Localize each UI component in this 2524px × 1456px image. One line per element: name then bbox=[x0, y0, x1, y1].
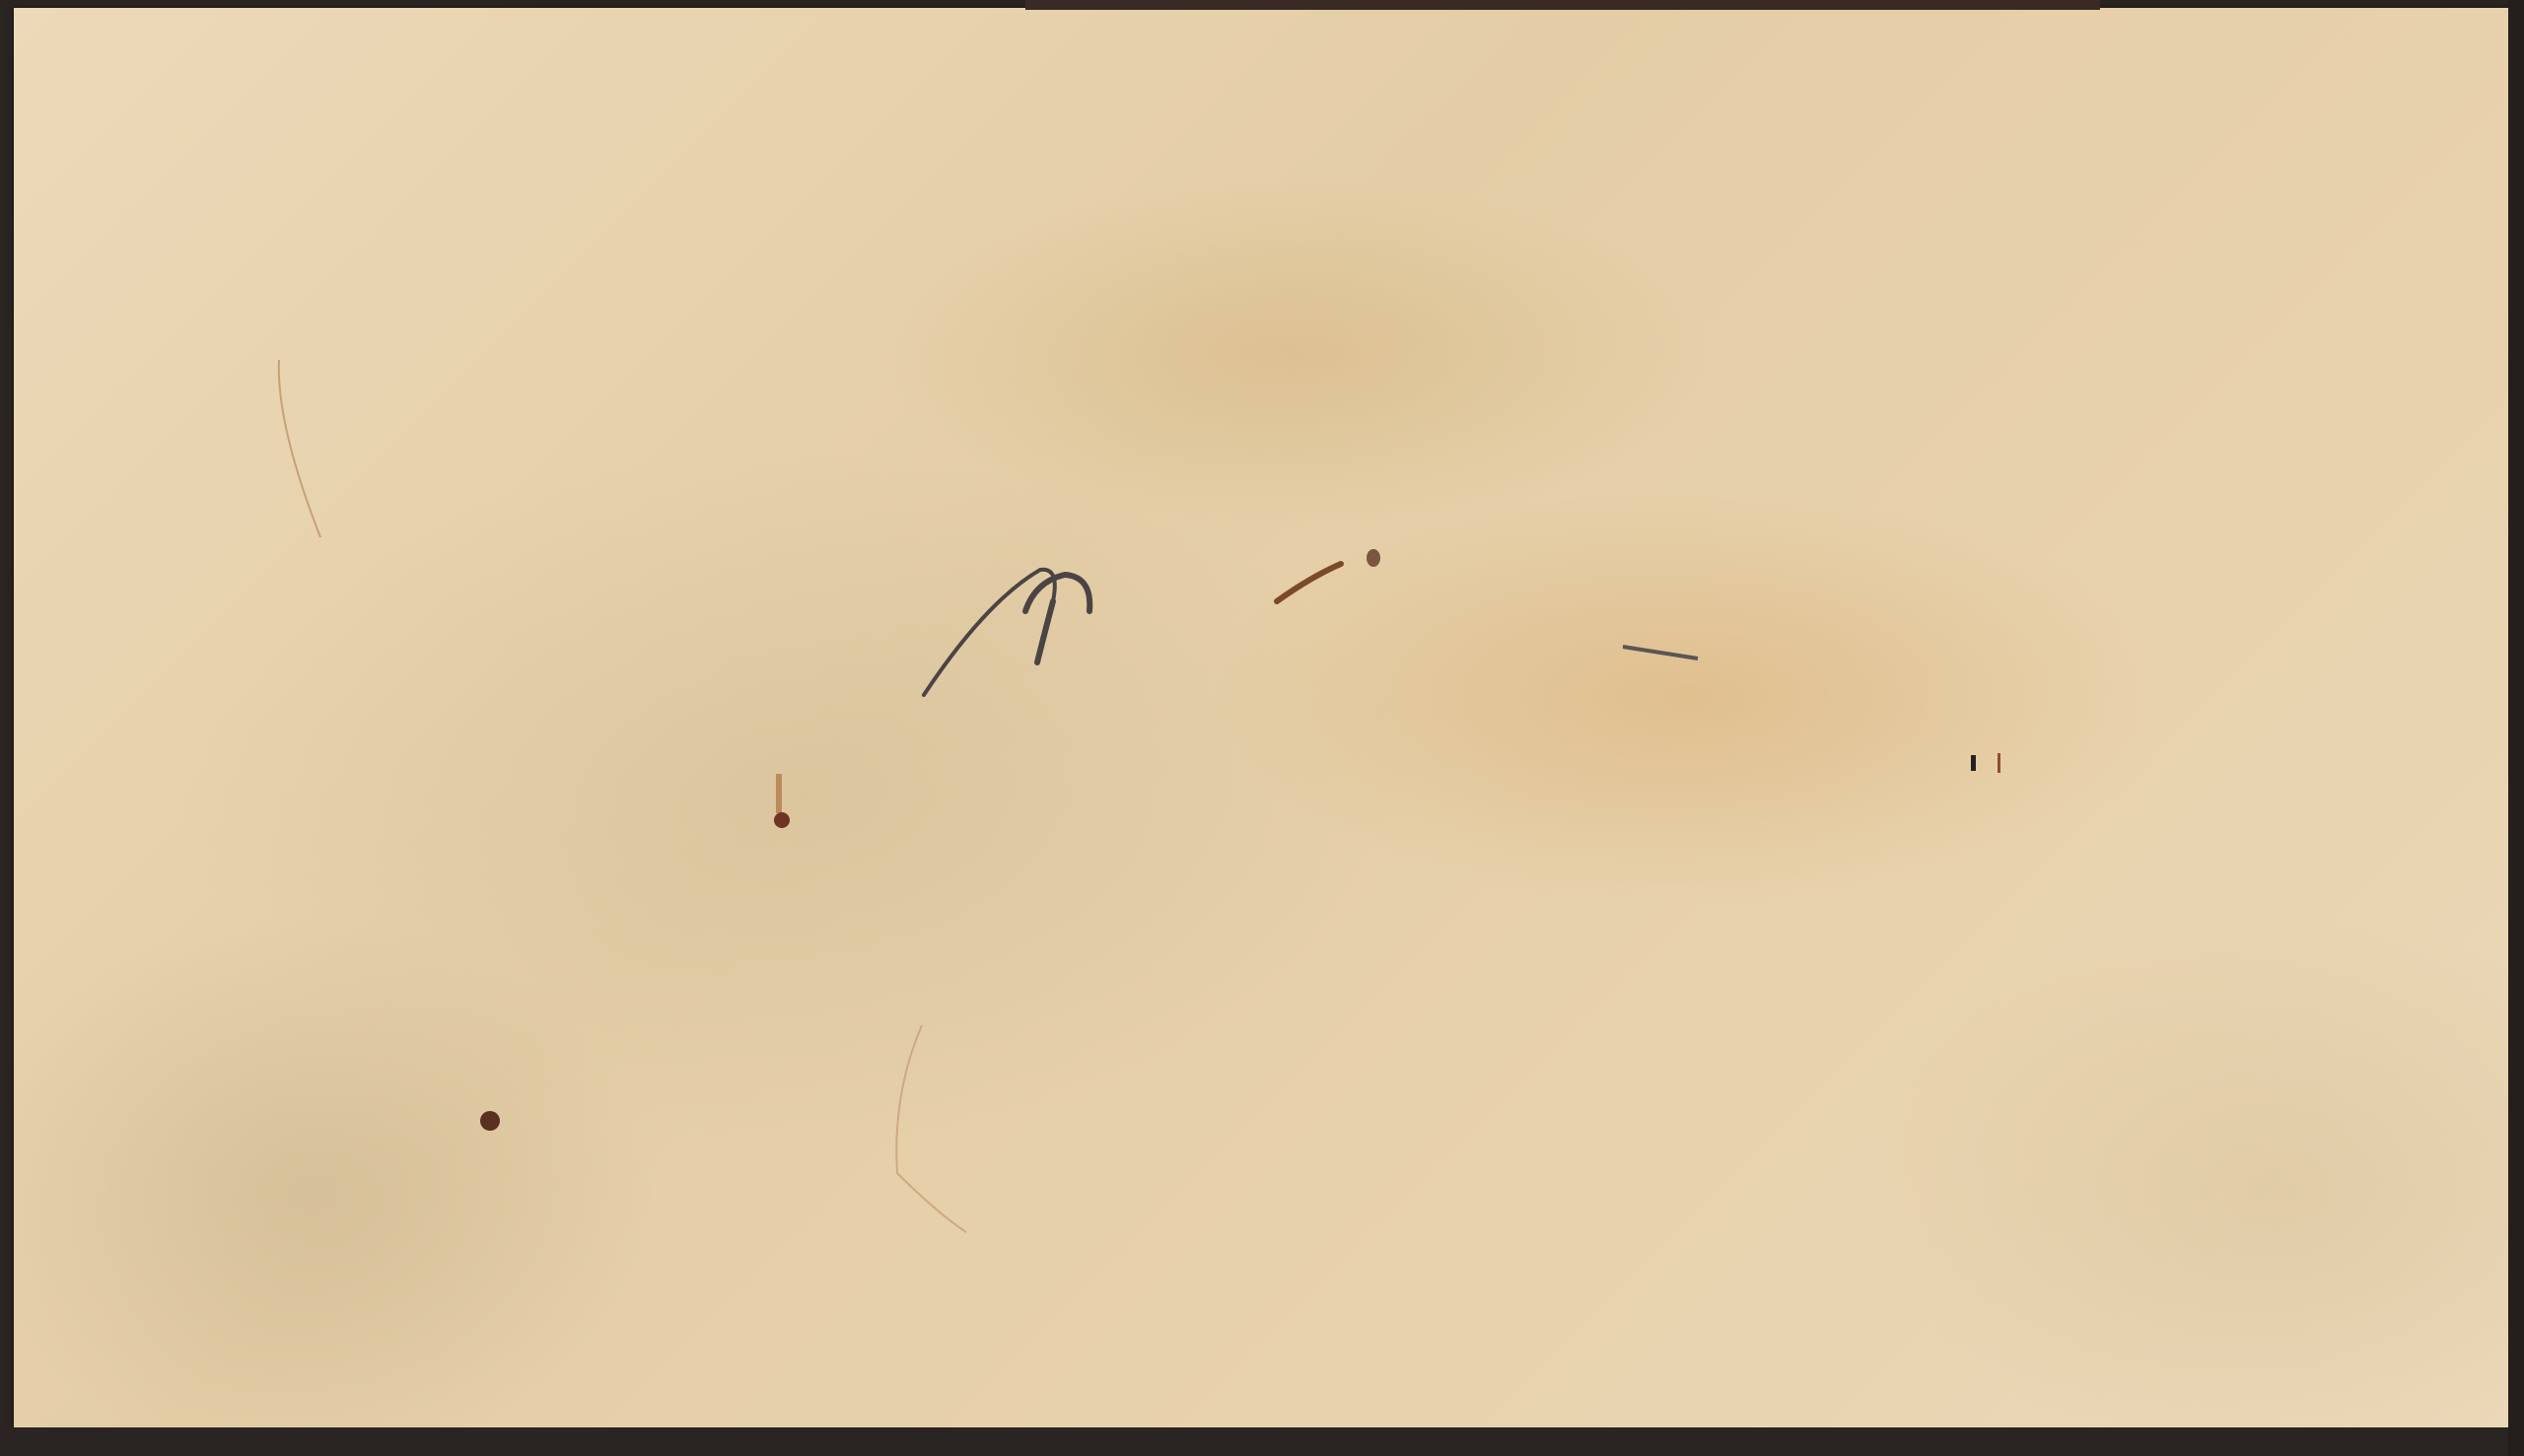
ink-dash bbox=[1623, 647, 1698, 659]
ink-marks bbox=[0, 0, 2524, 1456]
rust-stain bbox=[774, 774, 790, 828]
ink-mark-m bbox=[924, 570, 1089, 695]
ink-stroke-brown bbox=[1277, 564, 1341, 601]
fiber-scratch bbox=[279, 360, 320, 537]
rust-spot-small bbox=[1367, 549, 1380, 567]
fiber-scratch bbox=[896, 1025, 966, 1232]
rust-spot bbox=[480, 1111, 500, 1131]
ink-ticks bbox=[1971, 753, 2000, 773]
